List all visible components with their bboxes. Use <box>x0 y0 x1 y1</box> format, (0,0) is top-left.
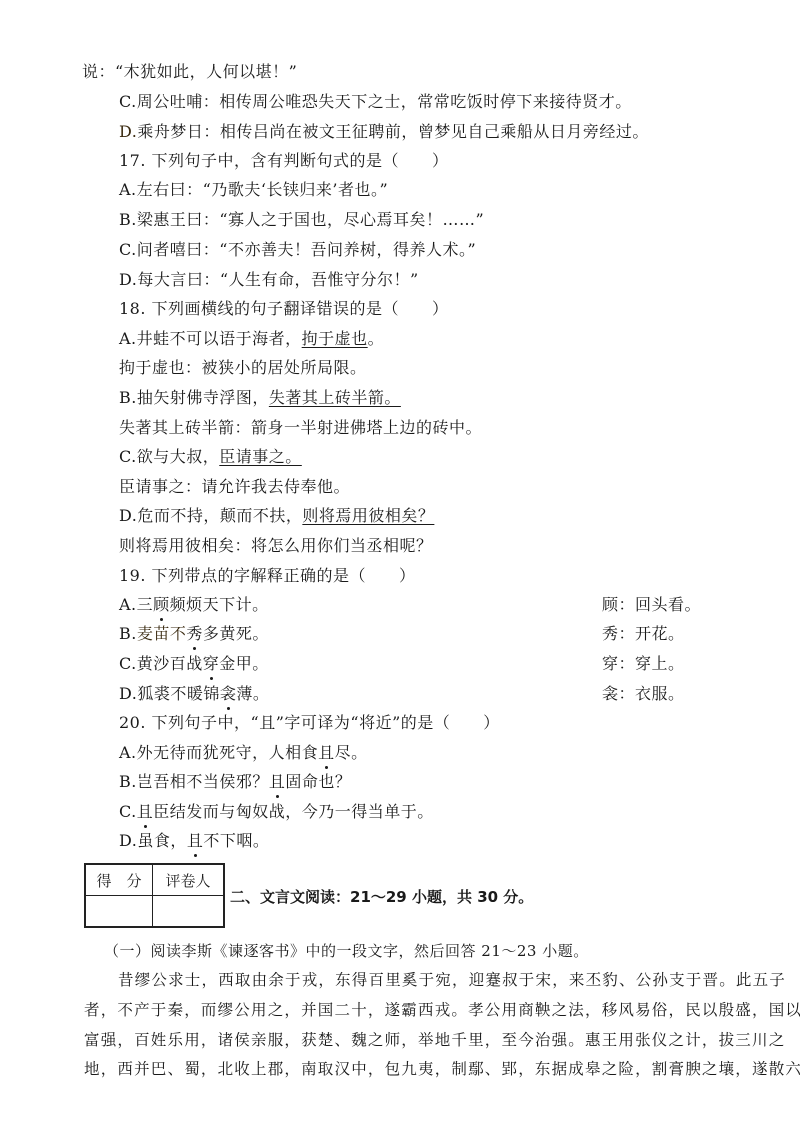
q18-option-b[interactable]: B.抽矢射佛寺浮图，失著其上砖半箭。 <box>119 388 401 408</box>
q20-option-b[interactable]: B.岂吾相不当侯邪？且固命也？ <box>119 772 351 792</box>
q18-stem: 18. 下列画横线的句子翻译错误的是（ ） <box>119 299 449 319</box>
grader-cell[interactable] <box>153 896 225 928</box>
q19-explanation-a: 顾：回头看。 <box>602 595 701 615</box>
score-header: 得 分 <box>85 864 153 896</box>
q18-option-d[interactable]: D.危而不持，颠而不扶，则将焉用彼相矣？ <box>119 506 434 526</box>
option-c-prev: C.周公吐哺：相传周公唯恐失天下之士，常常吃饭时停下来接待贤才。 <box>119 92 632 112</box>
score-cell[interactable] <box>85 896 153 928</box>
q20-option-c[interactable]: C.且臣结发而与匈奴战，今乃一得当单于。 <box>119 802 434 822</box>
q18-translation-d: 则将焉用彼相矣：将怎么用你们当丞相呢？ <box>119 536 433 556</box>
q19-option-a[interactable]: A.三顾频烦天下计。 <box>119 595 269 615</box>
q19-option-b[interactable]: B.麦苗不秀多黄死。 <box>119 624 269 644</box>
passage-line-3: 富强，百姓乐用，诸侯亲服，获楚、魏之师，举地千里，至今治强。惠王用张仪之计，拔三… <box>84 1030 785 1050</box>
q18-option-a[interactable]: A.井蛙不可以语于海者，拘于虚也。 <box>119 329 384 349</box>
q19-option-d[interactable]: D.狐裘不暖锦衾薄。 <box>119 684 269 704</box>
continuation-line: 说：“木犹如此，人何以堪！” <box>82 62 297 82</box>
q18-translation-a: 拘于虚也：被狭小的居处所局限。 <box>119 358 367 378</box>
passage-line-1: 昔缪公求士，西取由余于戎，东得百里奚于宛，迎蹇叔于宋，来丕豹、公孙支于晋。此五子 <box>118 970 786 990</box>
q20-stem: 20. 下列句子中，“且”字可译为“将近”的是（ ） <box>119 713 500 733</box>
q17-option-a[interactable]: A.左右曰：“乃歌夫‘长铗归来’者也。” <box>119 180 388 200</box>
q17-option-b[interactable]: B.梁惠王曰：“寡人之于国也，尽心焉耳矣！……” <box>119 210 484 230</box>
q20-option-d[interactable]: D.虽食，且不下咽。 <box>119 831 269 851</box>
q17-stem: 17. 下列句子中，含有判断句式的是（ ） <box>119 151 449 171</box>
q18-translation-c: 臣请事之：请允许我去侍奉他。 <box>119 477 350 497</box>
q18-translation-b: 失著其上砖半箭：箭身一半射进佛塔上边的砖中。 <box>119 418 482 438</box>
passage-line-4: 地，西并巴、蜀，北收上郡，南取汉中，包九夷，制鄢、郢，东据成皋之险，割膏腴之壤，… <box>84 1059 800 1079</box>
q19-option-c[interactable]: C.黄沙百战穿金甲。 <box>119 654 269 674</box>
q18-option-c[interactable]: C.欲与大叔，臣请事之。 <box>119 447 302 467</box>
q19-stem: 19. 下列带点的字解释正确的是（ ） <box>119 566 416 586</box>
q20-option-a[interactable]: A.外无待而犹死守，人相食且尽。 <box>119 743 368 763</box>
section-title: 二、文言文阅读：21～29 小题，共 30 分。 <box>230 886 533 907</box>
passage-line-2: 者，不产于秦，而缪公用之，并国二十，遂霸西戎。孝公用商鞅之法，移风易俗，民以殷盛… <box>84 1000 800 1020</box>
q17-option-d[interactable]: D.每大言曰：“人生有命，吾惟守分尔！” <box>119 270 419 290</box>
q19-explanation-b: 秀：开花。 <box>602 624 685 644</box>
option-d-prev: D.乘舟梦日：相传吕尚在被文王征聘前，曾梦见自己乘船从日月旁经过。 <box>119 122 649 142</box>
score-table: 得 分 评卷人 <box>84 863 225 928</box>
q19-explanation-c: 穿：穿上。 <box>602 654 685 674</box>
q19-explanation-d: 衾：衣服。 <box>602 684 685 704</box>
q17-option-c[interactable]: C.问者嘻曰：“不亦善夫！吾问养树，得养人术。” <box>119 240 476 260</box>
grader-header: 评卷人 <box>153 864 225 896</box>
section-sub-intro: （一）阅读李斯《谏逐客书》中的一段文字，然后回答 21～23 小题。 <box>104 941 589 961</box>
